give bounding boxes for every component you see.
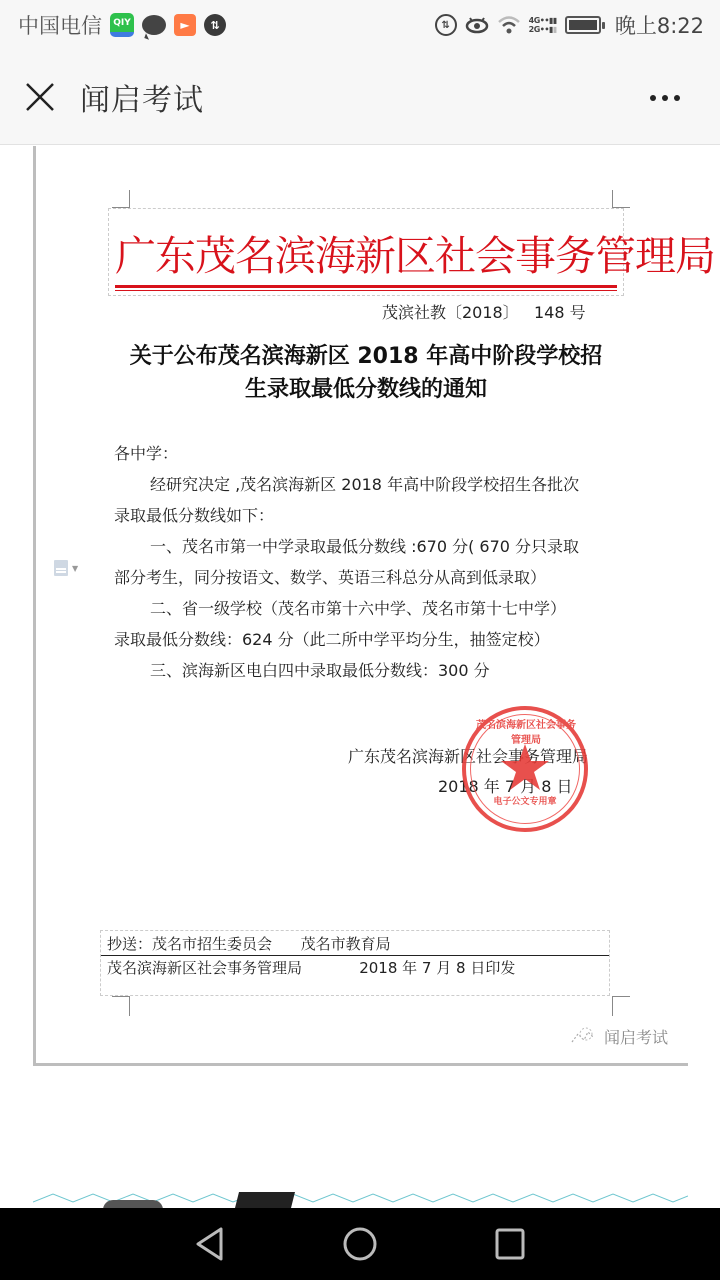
crop-mark — [112, 996, 130, 1016]
close-icon — [25, 82, 55, 112]
hand-image — [103, 1200, 163, 1208]
battery-icon — [565, 16, 601, 34]
title-line-2: 生录取最低分数线的通知 — [106, 373, 626, 406]
red-divider-thin — [115, 290, 617, 291]
chat-bubble-icon — [142, 15, 166, 35]
paragraph: 录取最低分数线如下： — [114, 500, 624, 531]
paragraph: 二、省一级学校（茂名市第十六中学、茂名市第十七中学） — [114, 593, 624, 624]
status-bar: 中国电信 QIY ► ⇅ ⇅ 4G••▮▮ 2G••▮▮ 晚上8:22 — [0, 0, 720, 50]
carrier-name: 中国电信 — [18, 10, 102, 40]
printed-by: 茂名滨海新区社会事务管理局 2018 年 7 月 8 日印发 — [107, 957, 515, 978]
paragraph: 经研究决定 ,茂名滨海新区 2018 年高中阶段学校招生各批次 — [114, 469, 624, 500]
letterhead: 广东茂名滨海新区社会事务管理局 — [108, 208, 624, 296]
more-button[interactable] — [640, 80, 690, 116]
network-4g-label: 4G — [529, 16, 540, 25]
divider — [101, 955, 609, 956]
watermark-text: 闻启考试 — [604, 1025, 668, 1048]
article-content[interactable]: 广东茂名滨海新区社会事务管理局 茂滨社教〔2018〕 148 号 关于公布茂名滨… — [0, 146, 720, 1208]
paragraph: 一、茂名市第一中学录取最低分数线 :670 分( 670 分只录取 — [114, 531, 624, 562]
document-body: 各中学： 经研究决定 ,茂名滨海新区 2018 年高中阶段学校招生各批次 录取最… — [114, 438, 624, 686]
copy-to: 抄送：茂名市招生委员会 茂名市教育局 — [107, 933, 391, 954]
recents-button[interactable] — [490, 1224, 530, 1264]
more-icon-dot — [674, 95, 680, 101]
paragraph: 录取最低分数线：624 分（此二所中学平均分生，抽签定校） — [114, 624, 624, 655]
more-icon-dot — [662, 95, 668, 101]
document-icon — [54, 560, 68, 576]
network-2g-label: 2G — [529, 25, 540, 34]
distribution-box: 抄送：茂名市招生委员会 茂名市教育局 茂名滨海新区社会事务管理局 2018 年 … — [100, 930, 610, 996]
official-seal: 茂名滨海新区社会事务管理局 电子公文专用章 — [462, 706, 588, 832]
caret-down-icon: ▼ — [72, 564, 78, 573]
back-button[interactable] — [190, 1224, 230, 1264]
paragraph: 三、滨海新区电白四中录取最低分数线：300 分 — [114, 655, 624, 686]
status-bar-left: 中国电信 QIY ► ⇅ — [18, 10, 226, 40]
home-button[interactable] — [340, 1224, 380, 1264]
eye-comfort-icon — [465, 16, 489, 34]
data-transfer-icon: ⇅ — [204, 14, 226, 36]
close-button[interactable] — [0, 50, 80, 145]
seal-bottom-text: 电子公文专用章 — [488, 794, 562, 807]
document-margin-icon: ▼ — [54, 560, 78, 576]
phone-image — [235, 1192, 295, 1208]
signal-4g-2g-icon: 4G••▮▮ 2G••▮▮ — [529, 16, 557, 34]
recents-icon — [494, 1227, 526, 1261]
wechat-logo-icon — [568, 1024, 598, 1048]
clock: 晚上8:22 — [615, 10, 704, 40]
document-number: 茂滨社教〔2018〕 148 号 — [382, 300, 586, 323]
data-saver-icon: ⇅ — [435, 14, 457, 36]
paragraph: 部分考生，同分按语文、数学、英语三科总分从高到低录取） — [114, 562, 624, 593]
next-image-preview — [33, 1192, 688, 1208]
star-icon — [500, 742, 550, 792]
nav-bar: 闻启考试 — [0, 50, 720, 145]
back-icon — [194, 1226, 226, 1262]
issuer-header: 广东茂名滨海新区社会事务管理局 — [115, 223, 615, 282]
red-divider — [115, 285, 617, 288]
watermark: 闻启考试 — [568, 1024, 668, 1048]
document-image: 广东茂名滨海新区社会事务管理局 茂滨社教〔2018〕 148 号 关于公布茂名滨… — [33, 146, 688, 1066]
crop-mark — [612, 190, 630, 208]
crop-mark — [112, 190, 130, 208]
document-title: 关于公布茂名滨海新区 2018 年高中阶段学校招 生录取最低分数线的通知 — [106, 340, 626, 406]
salutation: 各中学： — [114, 438, 624, 469]
wifi-icon — [497, 15, 521, 35]
page-title: 闻启考试 — [80, 75, 204, 119]
home-icon — [342, 1226, 378, 1262]
title-line-1: 关于公布茂名滨海新区 2018 年高中阶段学校招 — [106, 340, 626, 373]
iqiyi-app-icon: QIY — [110, 13, 134, 37]
system-navigation-bar — [0, 1208, 720, 1280]
crop-mark — [612, 996, 630, 1016]
video-play-icon: ► — [174, 14, 196, 36]
more-icon — [650, 95, 656, 101]
status-bar-right: ⇅ 4G••▮▮ 2G••▮▮ 晚上8:22 — [435, 10, 704, 40]
